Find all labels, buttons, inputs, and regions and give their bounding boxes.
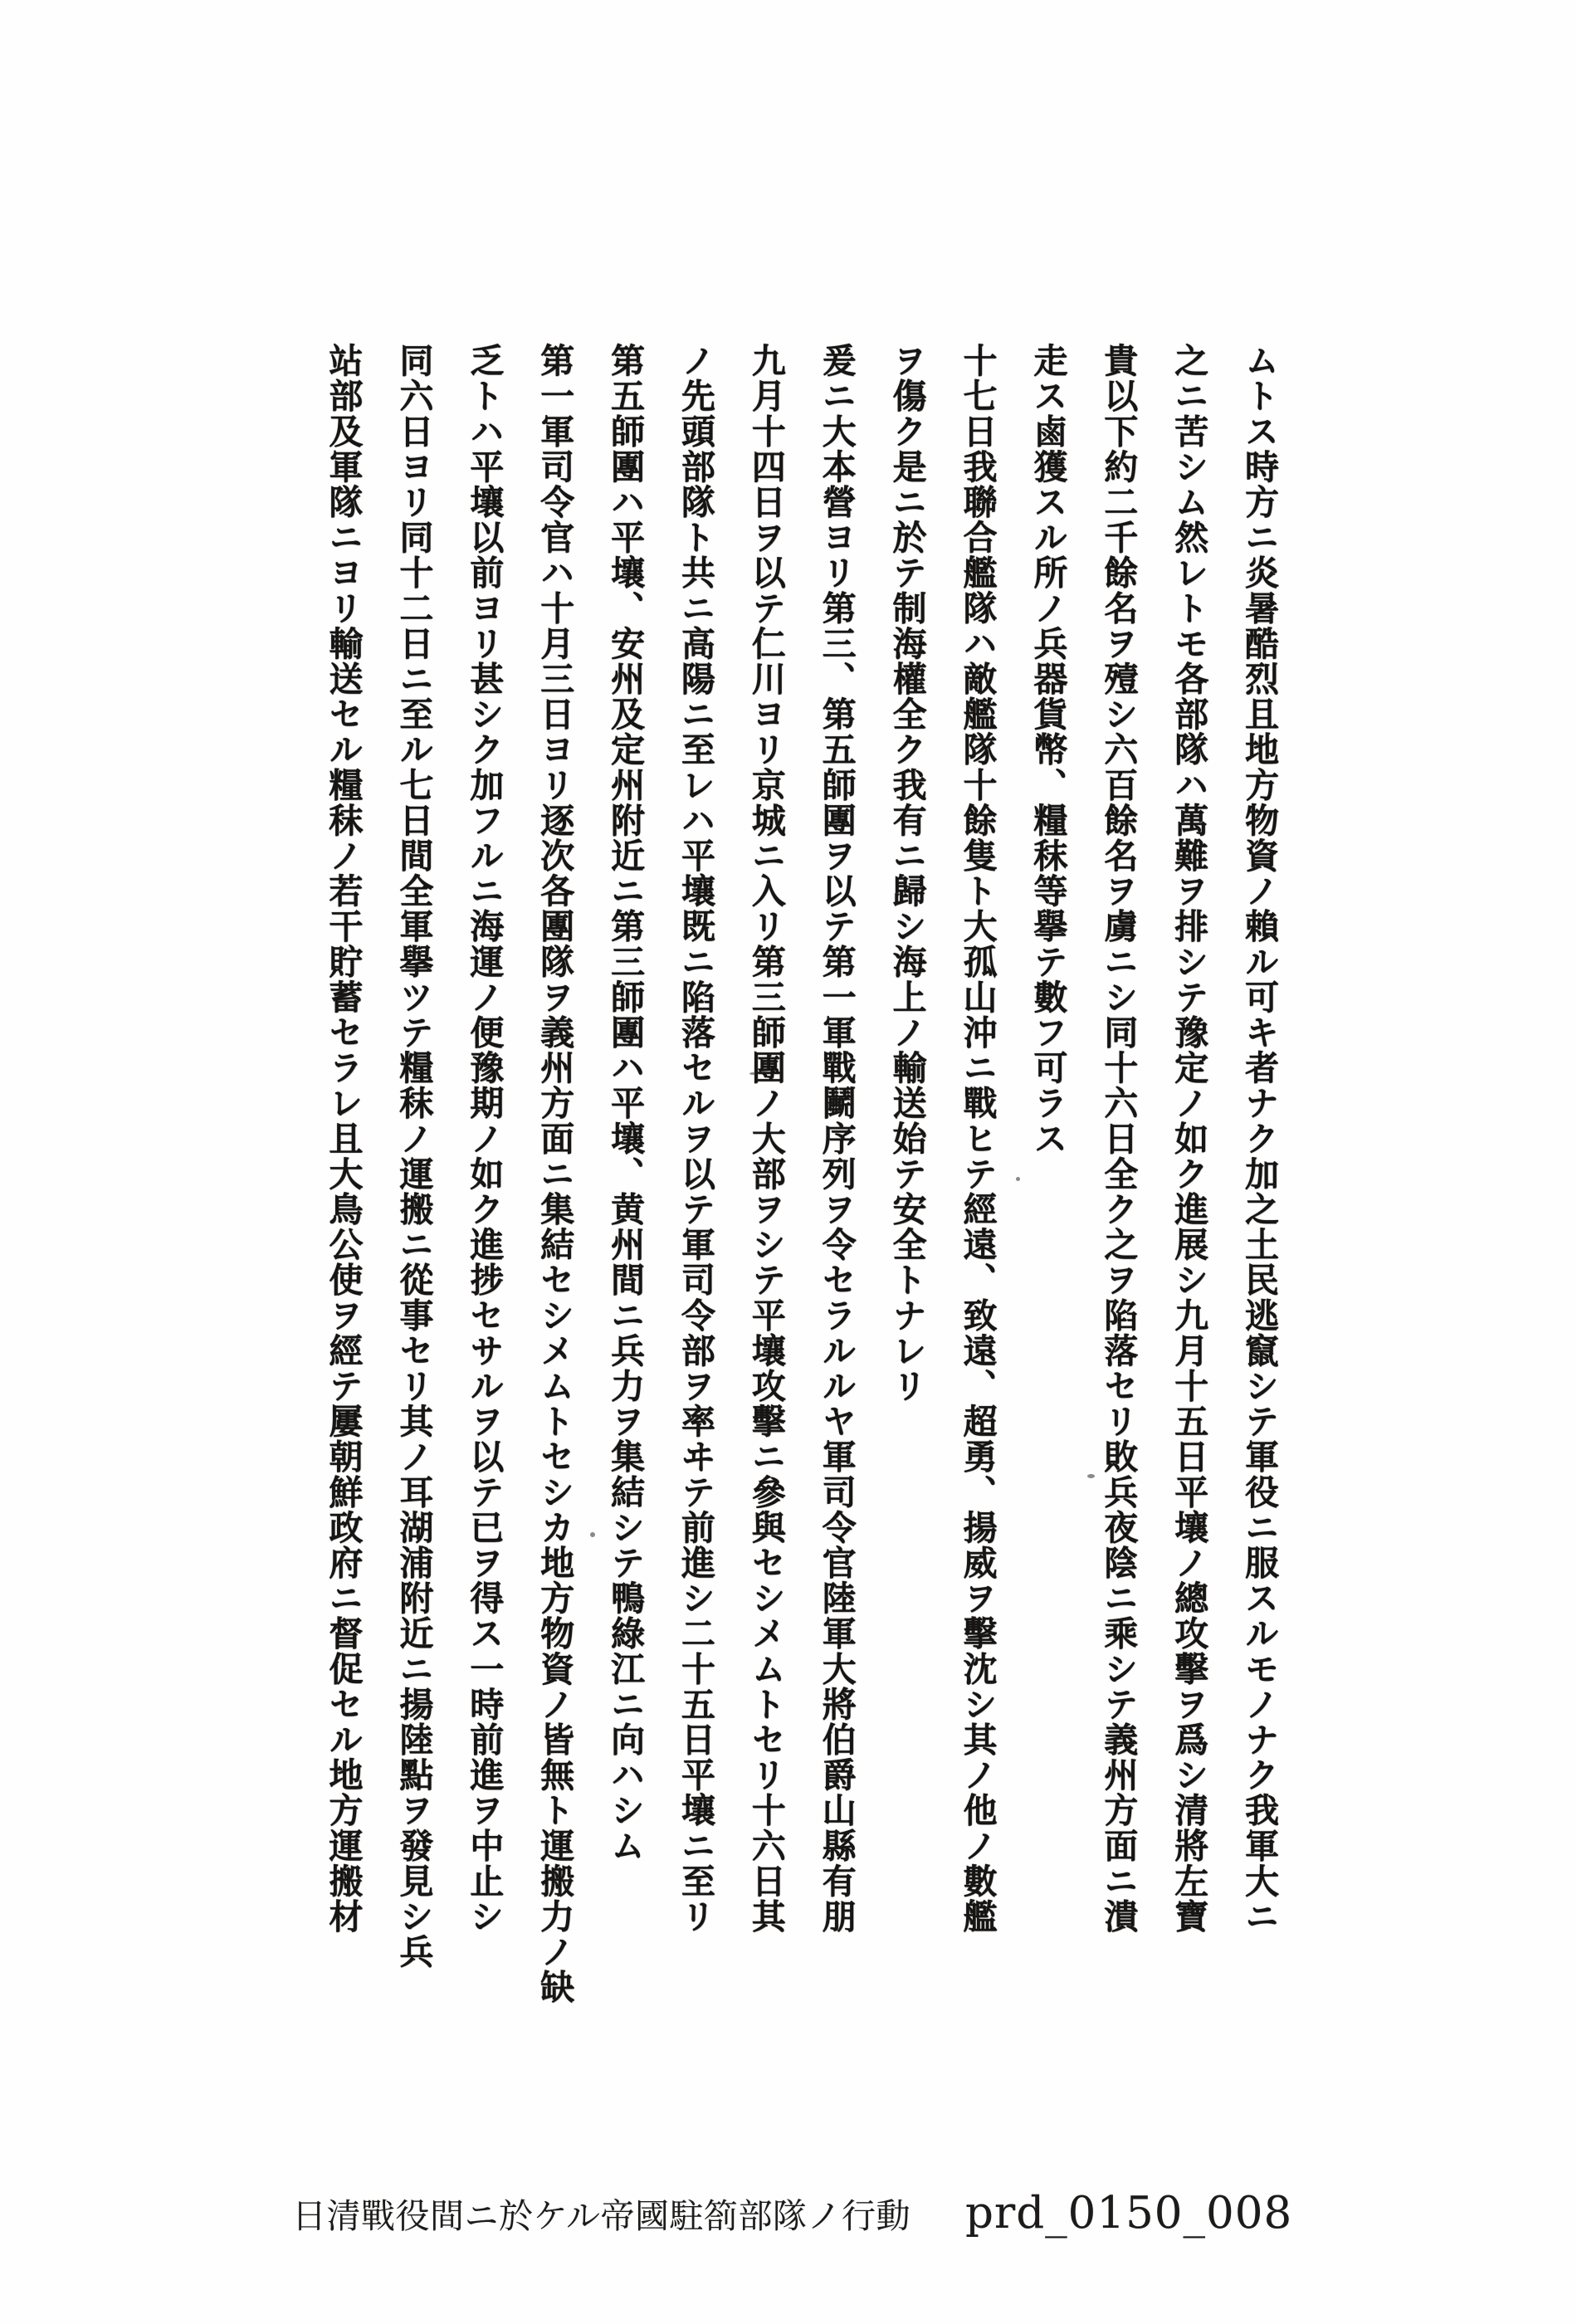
text-column: 第一軍司令官ハ十月三日ヨリ逐次各團隊ヲ義州方面ニ集結セシメムトセシカ地方物資ノ皆… xyxy=(519,343,589,1953)
document-text: ムトス時方ニ炎暑酷烈且地方物資ノ賴ル可キ者ナク加之土民逃竄シテ軍役ニ服スルモノナ… xyxy=(308,343,1294,1953)
scan-speck xyxy=(1016,1177,1020,1181)
text-column: ノ先頭部隊ト共ニ高陽ニ至レハ平壤既ニ陷落セルヲ以テ軍司令部ヲ率ヰテ前進シ二十五日… xyxy=(660,343,730,1953)
text-column: 之ニ苦シム然レトモ各部隊ハ萬難ヲ排シテ豫定ノ如ク進展シ九月十五日平壤ノ總攻擊ヲ爲… xyxy=(1153,343,1223,1953)
scan-speck xyxy=(590,1532,595,1537)
text-column: 乏トハ平壤以前ヨリ甚シク加フルニ海運ノ便豫期ノ如ク進捗セサルヲ以テ已ヲ得ス一時前… xyxy=(448,343,519,1953)
text-column: 走ス鹵獲スル所ノ兵器貨幣、糧秣等擧テ數フ可ラス xyxy=(1012,343,1082,1953)
text-column: ヲ傷ク是ニ於テ制海權全ク我有ニ歸シ海上ノ輸送始テ安全トナレリ xyxy=(871,343,942,1953)
scan-speck xyxy=(749,1072,756,1075)
text-column: 爰ニ大本營ヨリ第三、第五師團ヲ以テ第一軍戰鬭序列ヲ令セラルルヤ軍司令官陸軍大將伯… xyxy=(801,343,871,1953)
text-column: 同六日ヨリ同十二日ニ至ル七日間全軍擧ツテ糧秣ノ運搬ニ從事セリ其ノ耳湖浦附近ニ揚陸… xyxy=(378,343,448,1953)
text-column: 第五師團ハ平壤、安州及定州附近ニ第三師團ハ平壤、黄州間ニ兵力ヲ集結シテ鴨綠江ニ向… xyxy=(589,343,660,1953)
document-code: prd_0150_008 xyxy=(965,2188,1292,2239)
text-column: 站部及軍隊ニヨリ輸送セル糧秣ノ若干貯蓄セラレ且大鳥公使ヲ經テ屢朝鮮政府ニ督促セル… xyxy=(308,343,378,1953)
scan-speck xyxy=(1189,953,1193,958)
footer-caption: 日清戰役間ニ於ケル帝國駐箚部隊ノ行動prd_0150_008 xyxy=(292,2188,1292,2239)
text-column: 貴以下約二千餘名ヲ殪シ六百餘名ヲ虜ニシ同十六日全ク之ヲ陷落セリ敗兵夜陰ニ乘シテ義… xyxy=(1082,343,1153,1953)
scanned-page: ムトス時方ニ炎暑酷烈且地方物資ノ賴ル可キ者ナク加之土民逃竄シテ軍役ニ服スルモノナ… xyxy=(0,0,1577,2324)
scan-speck xyxy=(1087,1474,1095,1478)
document-title: 日清戰役間ニ於ケル帝國駐箚部隊ノ行動 xyxy=(292,2196,911,2236)
text-column: ムトス時方ニ炎暑酷烈且地方物資ノ賴ル可キ者ナク加之土民逃竄シテ軍役ニ服スルモノナ… xyxy=(1223,343,1294,1953)
text-column: 九月十四日ヲ以テ仁川ヨリ京城ニ入リ第三師團ノ大部ヲシテ平壤攻擊ニ參與セシメムトセ… xyxy=(730,343,801,1953)
text-column: 十七日我聯合艦隊ハ敵艦隊十餘隻ト大孤山沖ニ戰ヒテ經遠、致遠、超勇、揚威ヲ擊沈シ其… xyxy=(942,343,1013,1953)
